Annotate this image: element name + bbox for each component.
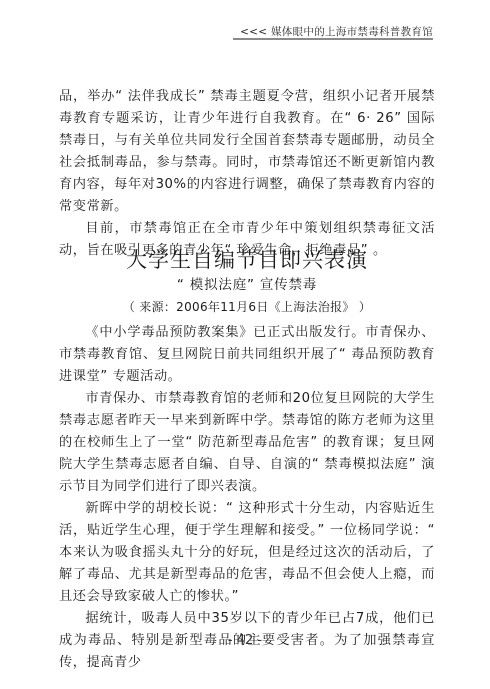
article-subtitle: “ 模拟法庭” 宣传禁毒 <box>59 275 435 295</box>
article-2-heading: 大学生自编节目即兴表演 “ 模拟法庭” 宣传禁毒 （ 来源：2006年11月6日… <box>59 247 435 317</box>
page-number: - 42 - <box>0 633 490 648</box>
article-title: 大学生自编节目即兴表演 <box>59 247 435 273</box>
article-1-continuation: 品，举办“ 法伴我成长” 禁毒主题夏令营，组织小记者开展禁毒教育专题采访，让青少… <box>59 86 435 262</box>
paragraph: 《中小学毒品预防教案集》已正式出版发行。市青保办、市禁毒教育馆、复旦网院日前共同… <box>59 322 435 388</box>
paragraph: 品，举办“ 法伴我成长” 禁毒主题夏令营，组织小记者开展禁毒教育专题采访，让青少… <box>59 86 435 218</box>
running-header: <<< 媒体眼中的上海市禁毒科普教育馆 <box>233 24 433 39</box>
article-2-body: 《中小学毒品预防教案集》已正式出版发行。市青保办、市禁毒教育馆、复旦网院日前共同… <box>59 322 435 674</box>
paragraph: 市青保办、市禁毒教育馆的老师和20位复旦网院的大学生禁毒志愿者昨天一早来到新晖中… <box>59 388 435 498</box>
header-divider <box>233 38 433 40</box>
paragraph: 新晖中学的胡校长说：“ 这种形式十分生动，内容贴近生活，贴近学生心理，便于学生理… <box>59 498 435 608</box>
article-source: （ 来源：2006年11月6日《上海法治报》 ） <box>59 297 435 317</box>
